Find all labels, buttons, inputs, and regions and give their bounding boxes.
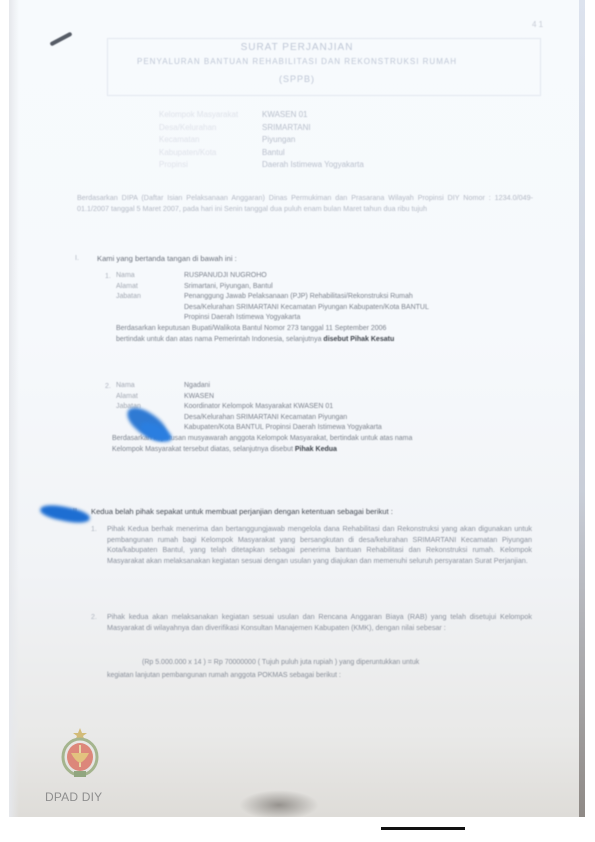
amount-line: (Rp 5.000.000 x 14 ) = Rp 70000000 ( Tuj… (142, 659, 542, 666)
party-name: RUSPANUDJI NUGROHO (184, 272, 267, 279)
dpad-diy-emblem-icon (59, 727, 101, 779)
party-name: Ngadani (184, 382, 210, 389)
section-heading: Kedua belah pihak sepakat untuk membuat … (91, 507, 393, 516)
blue-ink-mark (39, 502, 91, 526)
info-row: Desa/KelurahanSRIMARTANI (159, 123, 364, 136)
document-title: SURAT PERJANJIAN (9, 42, 585, 53)
agreement-item-1: Pihak Kedua berhak menerima dan bertangg… (107, 524, 532, 566)
divider-bar (381, 827, 465, 830)
info-row: Kabupaten/KotaBantul (159, 148, 364, 161)
item-number: 1. (91, 526, 97, 533)
document-page: 4 1 SURAT PERJANJIAN PENYALURAN BANTUAN … (9, 0, 585, 817)
document-photo: 4 1 SURAT PERJANJIAN PENYALURAN BANTUAN … (9, 0, 585, 817)
party-number: 2. (105, 383, 111, 390)
party-2: NamaNgadani AlamatKWASEN JabatanKoordina… (116, 382, 536, 435)
party-address: Srimartani, Piyungan, Bantul (184, 283, 273, 290)
info-table: Kelompok MasyarakatKWASEN 01 Desa/Kelura… (159, 110, 364, 173)
party-2-basis: Berdasarkan keputusan musyawarah anggota… (112, 435, 532, 456)
party-1: NamaRUSPANUDJI NUGROHO AlamatSrimartani,… (116, 272, 536, 325)
section-heading: Kami yang bertanda tangan di bawah ini : (97, 254, 237, 263)
document-abbreviation: (SPPB) (9, 74, 585, 84)
agreement-item-2: Pihak kedua akan melaksanakan kegiatan s… (107, 612, 532, 633)
party-1-basis: Berdasarkan keputusan Bupati/Walikota Ba… (116, 325, 536, 346)
intro-paragraph: Berdasarkan DIPA (Daftar Isian Pelaksana… (77, 193, 533, 214)
party-number: 1. (105, 273, 111, 280)
info-row: KecamatanPiyungan (159, 135, 364, 148)
info-row: PropinsiDaerah Istimewa Yogyakarta (159, 160, 364, 173)
item-number: 2. (91, 614, 97, 621)
info-row: Kelompok MasyarakatKWASEN 01 (159, 110, 364, 123)
corner-mark: 4 1 (532, 20, 543, 29)
document-subtitle: PENYALURAN BANTUAN REHABILITASI DAN REKO… (9, 57, 585, 66)
watermark-text: DPAD DIY (45, 790, 102, 804)
amount-continuation: kegiatan lanjutan pembangunan rumah angg… (107, 672, 527, 679)
party-address: KWASEN (184, 393, 214, 400)
section-number: I. (75, 255, 79, 262)
